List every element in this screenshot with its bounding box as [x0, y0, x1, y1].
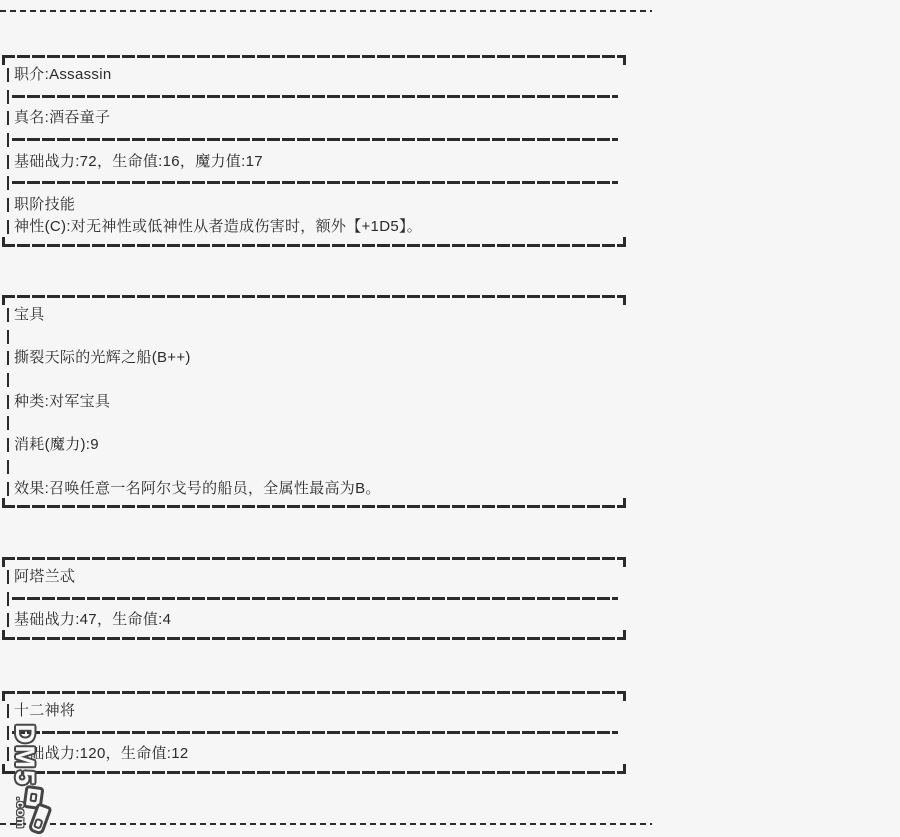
- row-spacer: [2, 456, 626, 478]
- summon-twelve-generals-card: 十二神将 基础战力:120，生命值:12: [2, 691, 626, 774]
- np-type-row: 种类:对军宝具: [2, 391, 626, 413]
- np-header-text: 宝具: [14, 306, 45, 323]
- dm5-logo-text: DM5: [9, 724, 40, 787]
- np-cost-text: 消耗(魔力):9: [14, 436, 99, 453]
- divinity-skill-row: 神性(C):对无神性或低神性从者造成伤害时，额外【+1D5】。: [2, 216, 626, 238]
- card-border-top: [2, 55, 626, 58]
- servant-info-card: 职介:Assassin 真名:酒吞童子 基础战力:72，生命值:16，魔力值:1…: [2, 55, 626, 247]
- page-bottom-divider: [0, 823, 652, 825]
- corner-tick: [623, 764, 626, 774]
- corner-tick: [2, 630, 5, 640]
- servant-true-name-text: 真名:酒吞童子: [14, 109, 110, 126]
- atalanta-stats-text: 基础战力:47，生命值:4: [14, 611, 171, 628]
- twelve-generals-name-text: 十二神将: [14, 702, 75, 719]
- card-border-bottom: [2, 244, 626, 247]
- row-spacer: [2, 412, 626, 434]
- corner-tick: [2, 237, 5, 247]
- twelve-generals-name-row: 十二神将: [2, 700, 626, 722]
- card-border-bottom: [2, 637, 626, 640]
- twelve-generals-stats-row: 基础战力:120，生命值:12: [2, 743, 626, 765]
- summon-atalanta-card: 阿塔兰忒 基础战力:47，生命值:4: [2, 557, 626, 640]
- atalanta-name-row: 阿塔兰忒: [2, 566, 626, 588]
- np-name-text: 撕裂天际的光辉之船(B++): [14, 349, 191, 366]
- divider-line: [12, 138, 618, 141]
- np-cost-row: 消耗(魔力):9: [2, 434, 626, 456]
- manga-page: 职介:Assassin 真名:酒吞童子 基础战力:72，生命值:16，魔力值:1…: [0, 0, 900, 837]
- divider-line: [12, 95, 618, 98]
- corner-tick: [623, 237, 626, 247]
- np-effect-text: 效果:召唤任意一名阿尔戈号的船员，全属性最高为B。: [14, 480, 381, 497]
- corner-tick: [623, 630, 626, 640]
- card-border-bottom: [2, 771, 626, 774]
- row-spacer: [2, 326, 626, 348]
- divinity-skill-text: 神性(C):对无神性或低神性从者造成伤害时，额外【+1D5】。: [14, 218, 422, 235]
- atalanta-stats-row: 基础战力:47，生命值:4: [2, 609, 626, 631]
- servant-class-row: 职介:Assassin: [2, 64, 626, 86]
- noble-phantasm-card: 宝具 撕裂天际的光辉之船(B++) 种类:对军宝具 消耗(魔力):9 效果:召唤…: [2, 295, 626, 508]
- atalanta-name-text: 阿塔兰忒: [14, 568, 75, 585]
- divider-line: [12, 181, 618, 184]
- corner-tick: [2, 764, 5, 774]
- card-border-top: [2, 295, 626, 298]
- row-divider: [2, 86, 626, 108]
- row-spacer: [2, 369, 626, 391]
- corner-tick: [623, 498, 626, 508]
- card-border-top: [2, 557, 626, 560]
- np-header-row: 宝具: [2, 304, 626, 326]
- np-effect-row: 效果:召唤任意一名阿尔戈号的船员，全属性最高为B。: [2, 478, 626, 500]
- servant-true-name-row: 真名:酒吞童子: [2, 107, 626, 129]
- class-skill-header-row: 职阶技能: [2, 194, 626, 216]
- row-divider: [2, 722, 626, 744]
- row-divider: [2, 588, 626, 610]
- divider-line: [12, 597, 618, 600]
- card-border-top: [2, 691, 626, 694]
- class-skill-header-text: 职阶技能: [14, 196, 75, 213]
- servant-class-text: 职介:Assassin: [14, 66, 112, 83]
- row-divider: [2, 172, 626, 194]
- servant-stats-row: 基础战力:72，生命值:16，魔力值:17: [2, 151, 626, 173]
- corner-tick: [2, 498, 5, 508]
- np-type-text: 种类:对军宝具: [14, 393, 110, 410]
- servant-stats-text: 基础战力:72，生命值:16，魔力值:17: [14, 153, 263, 170]
- page-top-divider: [0, 10, 652, 12]
- np-name-row: 撕裂天际的光辉之船(B++): [2, 347, 626, 369]
- card-border-bottom: [2, 505, 626, 508]
- dm5-domain-text: .com: [14, 797, 28, 829]
- row-divider: [2, 129, 626, 151]
- twelve-generals-stats-text: 基础战力:120，生命值:12: [14, 745, 189, 762]
- divider-line: [12, 731, 618, 734]
